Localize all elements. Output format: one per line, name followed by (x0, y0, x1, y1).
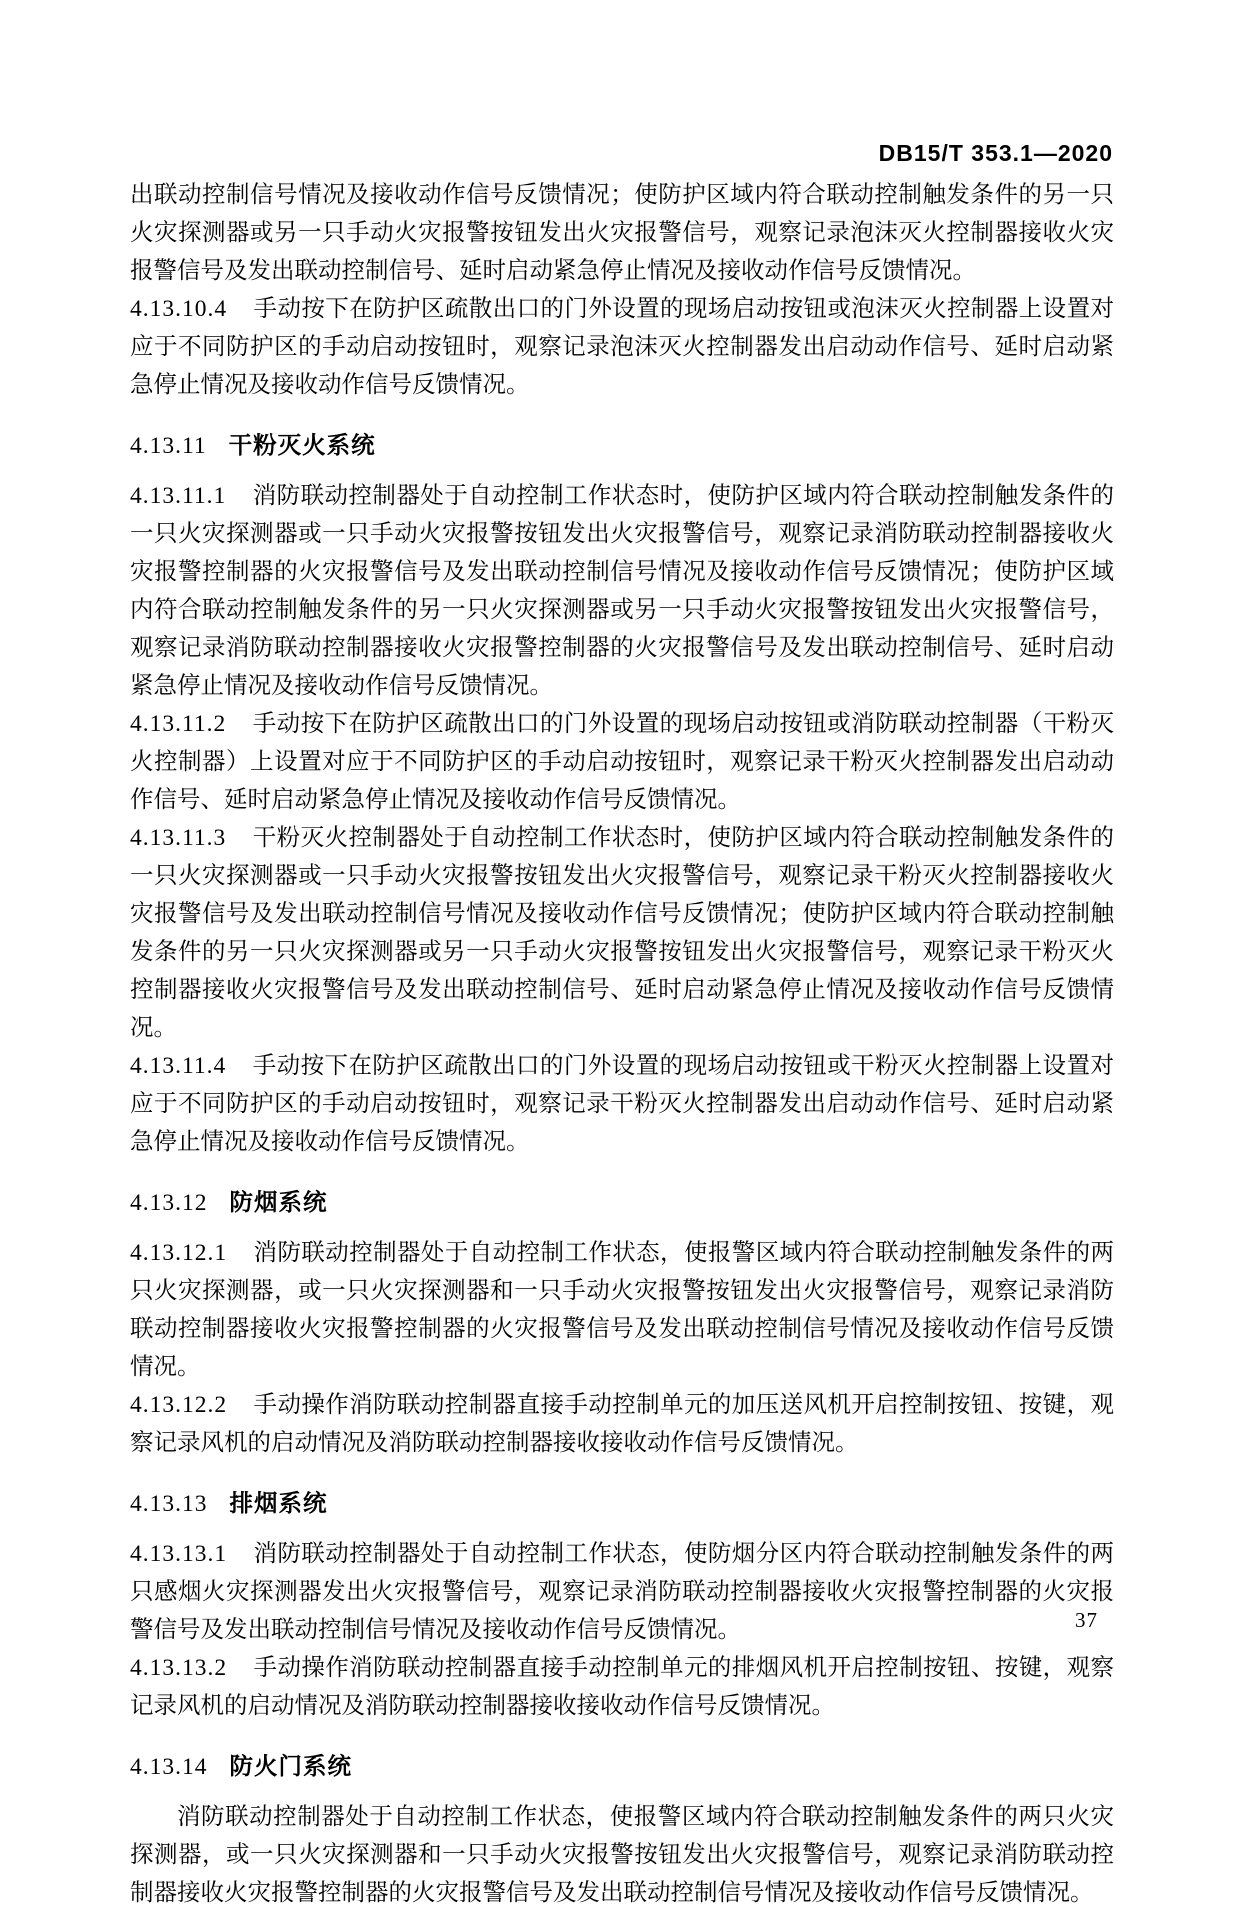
section-number: 4.13.11 (130, 433, 207, 459)
section-heading-4-13-13: 4.13.13排烟系统 (130, 1462, 1114, 1535)
section-title: 干粉灭火系统 (229, 432, 376, 458)
clause-text: 手动按下在防护区疏散出口的门外设置的现场启动按钮或干粉灭火控制器上设置对应于不同… (130, 1053, 1114, 1155)
section-number: 4.13.13 (130, 1491, 208, 1517)
paragraph-4-13-13-2: 4.13.13.2手动操作消防联动控制器直接手动控制单元的排烟风机开启控制按钮、… (130, 1649, 1114, 1725)
clause-text: 手动操作消防联动控制器直接手动控制单元的排烟风机开启控制按钮、按键，观察记录风机… (130, 1655, 1114, 1719)
clause-text: 干粉灭火控制器处于自动控制工作状态时，使防护区域内符合联动控制触发条件的一只火灾… (130, 825, 1114, 1041)
clause-number: 4.13.12.1 (130, 1240, 227, 1266)
section-heading-4-13-14: 4.13.14防火门系统 (130, 1725, 1114, 1798)
clause-number: 4.13.12.2 (130, 1392, 227, 1418)
clause-text: 消防联动控制器处于自动控制工作状态，使报警区域内符合联动控制触发条件的两只火灾探… (130, 1240, 1114, 1380)
clause-text: 消防联动控制器处于自动控制工作状态时，使防护区域内符合联动控制触发条件的一只火灾… (130, 483, 1114, 699)
paragraph-4-13-12-2: 4.13.12.2手动操作消防联动控制器直接手动控制单元的加压送风机开启控制按钮… (130, 1386, 1114, 1462)
paragraph-continuation: 出联动控制信号情况及接收动作信号反馈情况；使防护区域内符合联动控制触发条件的另一… (130, 176, 1114, 290)
document-body: 出联动控制信号情况及接收动作信号反馈情况；使防护区域内符合联动控制触发条件的另一… (130, 176, 1114, 1912)
document-code-header: DB15/T 353.1—2020 (130, 140, 1113, 167)
section-title: 防烟系统 (230, 1189, 328, 1215)
paragraph-4-13-14-body: 消防联动控制器处于自动控制工作状态，使报警区域内符合联动控制触发条件的两只火灾探… (130, 1798, 1114, 1912)
clause-number: 4.13.13.1 (130, 1541, 227, 1567)
clause-number: 4.13.11.1 (130, 483, 226, 509)
paragraph-4-13-13-1: 4.13.13.1消防联动控制器处于自动控制工作状态，使防烟分区内符合联动控制触… (130, 1535, 1114, 1649)
page-number: 37 (1075, 1608, 1098, 1633)
clause-number: 4.13.11.3 (130, 825, 226, 851)
paragraph-4-13-11-4: 4.13.11.4手动按下在防护区疏散出口的门外设置的现场启动按钮或干粉灭火控制… (130, 1047, 1114, 1161)
clause-number: 4.13.11.4 (130, 1053, 226, 1079)
clause-number: 4.13.13.2 (130, 1655, 227, 1681)
section-title: 排烟系统 (230, 1490, 328, 1516)
paragraph-4-13-12-1: 4.13.12.1消防联动控制器处于自动控制工作状态，使报警区域内符合联动控制触… (130, 1234, 1114, 1386)
section-heading-4-13-11: 4.13.11干粉灭火系统 (130, 404, 1114, 477)
section-heading-4-13-12: 4.13.12防烟系统 (130, 1161, 1114, 1234)
document-page: DB15/T 353.1—2020 出联动控制信号情况及接收动作信号反馈情况；使… (0, 0, 1241, 1755)
paragraph-4-13-10-4: 4.13.10.4手动按下在防护区疏散出口的门外设置的现场启动按钮或泡沫灭火控制… (130, 290, 1114, 404)
clause-text: 手动操作消防联动控制器直接手动控制单元的加压送风机开启控制按钮、按键，观察记录风… (130, 1392, 1114, 1456)
paragraph-4-13-11-2: 4.13.11.2手动按下在防护区疏散出口的门外设置的现场启动按钮或消防联动控制… (130, 705, 1114, 819)
paragraph-4-13-11-1: 4.13.11.1消防联动控制器处于自动控制工作状态时，使防护区域内符合联动控制… (130, 477, 1114, 705)
clause-text: 手动按下在防护区疏散出口的门外设置的现场启动按钮或泡沫灭火控制器上设置对应于不同… (130, 296, 1114, 398)
clause-text: 手动按下在防护区疏散出口的门外设置的现场启动按钮或消防联动控制器（干粉灭火控制器… (130, 711, 1114, 813)
clause-number: 4.13.10.4 (130, 296, 227, 322)
section-title: 防火门系统 (230, 1753, 353, 1779)
section-number: 4.13.12 (130, 1190, 208, 1216)
paragraph-4-13-11-3: 4.13.11.3干粉灭火控制器处于自动控制工作状态时，使防护区域内符合联动控制… (130, 819, 1114, 1047)
clause-number: 4.13.11.2 (130, 711, 226, 737)
section-number: 4.13.14 (130, 1754, 208, 1780)
clause-text: 消防联动控制器处于自动控制工作状态，使防烟分区内符合联动控制触发条件的两只感烟火… (130, 1541, 1114, 1643)
